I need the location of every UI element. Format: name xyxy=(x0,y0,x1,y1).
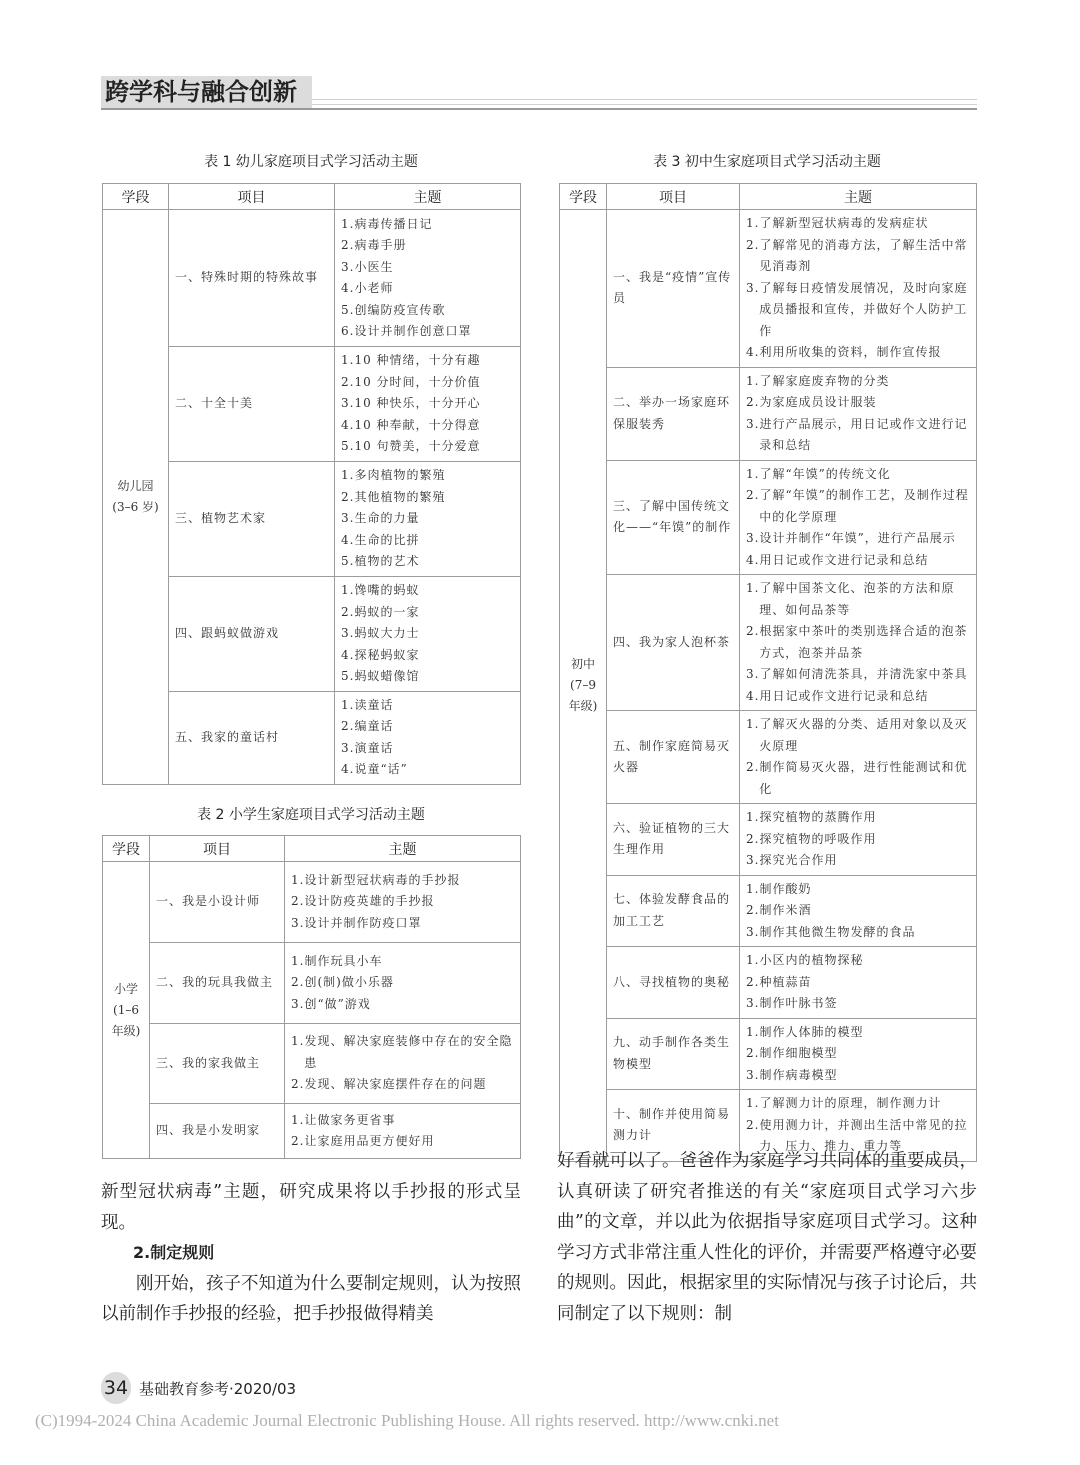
topic-item: 2.制作米酒 xyxy=(746,900,972,922)
stage-label: 小学 xyxy=(103,979,149,1000)
topic-cell: 1.小区内的植物探秘2.种植蒜苗3.制作叶脉书签 xyxy=(740,947,977,1019)
topic-item: 3.生命的力量 xyxy=(341,508,516,530)
topic-item: 1.发现、解决家庭装修中存在的安全隐患 xyxy=(291,1031,516,1074)
header-rule xyxy=(312,104,977,105)
topic-item: 3.创“做”游戏 xyxy=(291,994,516,1016)
topic-item: 5.创编防疫宣传歌 xyxy=(341,300,516,322)
table-row: 六、验证植物的三大生理作用1.探究植物的蒸腾作用2.探究植物的呼吸作用3.探究光… xyxy=(560,804,977,876)
table-header-row: 学段 项目 主题 xyxy=(103,184,521,210)
topic-item: 1.了解测力计的原理，制作测力计 xyxy=(746,1093,972,1115)
topic-cell: 1.10 种情绪，十分有趣2.10 分时间，十分价值3.10 种快乐，十分开心4… xyxy=(335,347,521,462)
topic-cell: 1.制作人体肺的模型2.制作细胞模型3.制作病毒模型 xyxy=(740,1018,977,1090)
table1-caption: 表 1 幼儿家庭项目式学习活动主题 xyxy=(101,151,521,171)
topic-item: 3.设计并制作防疫口罩 xyxy=(291,913,516,935)
stage-cell: 小学(1–6年级) xyxy=(103,862,150,1159)
topic-cell: 1.设计新型冠状病毒的手抄报2.设计防疫英雄的手抄报3.设计并制作防疫口罩 xyxy=(285,862,521,943)
stage-cell: 初中(7–9年级) xyxy=(560,210,607,1162)
topic-cell: 1.了解“年馍”的传统文化2.了解“年馍”的制作工艺，及制作过程中的化学原理3.… xyxy=(740,460,977,575)
topic-item: 3.探究光合作用 xyxy=(746,850,972,872)
topic-item: 5.10 句赞美，十分爱意 xyxy=(341,436,516,458)
table-header-row: 学段 项目 主题 xyxy=(103,836,521,862)
topic-item: 2.10 分时间，十分价值 xyxy=(341,372,516,394)
topic-item: 2.让家庭用品更方便好用 xyxy=(291,1131,516,1153)
stage-label: 年级) xyxy=(560,696,606,717)
column-header-topic: 主题 xyxy=(285,836,521,862)
topic-item: 3.制作叶脉书签 xyxy=(746,993,972,1015)
topic-item: 4.说童“话” xyxy=(341,759,516,781)
column-header-stage: 学段 xyxy=(103,836,150,862)
copyright-notice: (C)1994-2024 China Academic Journal Elec… xyxy=(35,1411,779,1431)
topic-item: 2.其他植物的繁殖 xyxy=(341,487,516,509)
project-cell: 六、验证植物的三大生理作用 xyxy=(607,804,740,876)
table3-caption: 表 3 初中生家庭项目式学习活动主题 xyxy=(557,151,977,171)
right-column-text: 好看就可以了。爸爸作为家庭学习共同体的重要成员，认真研读了研究者推送的有关“家庭… xyxy=(557,1146,977,1329)
table-row: 八、寻找植物的奥秘1.小区内的植物探秘2.种植蒜苗3.制作叶脉书签 xyxy=(560,947,977,1019)
topic-item: 5.植物的艺术 xyxy=(341,551,516,573)
topic-cell: 1.制作酸奶2.制作米酒3.制作其他微生物发酵的食品 xyxy=(740,875,977,947)
subheading: 2.制定规则 xyxy=(101,1238,521,1269)
project-cell: 五、制作家庭简易灭火器 xyxy=(607,711,740,804)
topic-item: 2.创(制)做小乐器 xyxy=(291,972,516,994)
topic-item: 5.蚂蚁蜡像馆 xyxy=(341,666,516,688)
topic-item: 3.设计并制作“年馍”，进行产品展示 xyxy=(746,528,972,550)
topic-cell: 1.了解家庭废弃物的分类2.为家庭成员设计服装3.进行产品展示，用日记或作文进行… xyxy=(740,367,977,460)
table-row: 五、制作家庭简易灭火器1.了解灭火器的分类、适用对象以及灭火原理2.制作简易灭火… xyxy=(560,711,977,804)
topic-item: 3.了解每日疫情发展情况，及时向家庭成员播报和宣传，并做好个人防护工作 xyxy=(746,278,972,343)
column-header-project: 项目 xyxy=(607,184,740,210)
topic-item: 4.用日记或作文进行记录和总结 xyxy=(746,686,972,708)
topic-item: 3.小医生 xyxy=(341,257,516,279)
stage-cell: 幼儿园(3–6 岁) xyxy=(103,210,169,785)
topic-cell: 1.探究植物的蒸腾作用2.探究植物的呼吸作用3.探究光合作用 xyxy=(740,804,977,876)
table-row: 二、我的玩具我做主1.制作玩具小车2.创(制)做小乐器3.创“做”游戏 xyxy=(103,943,521,1024)
project-cell: 四、我是小发明家 xyxy=(150,1104,285,1159)
stage-label: (7–9 xyxy=(560,675,606,696)
left-column-text: 新型冠状病毒”主题，研究成果将以手抄报的形式呈现。 2.制定规则 刚开始，孩子不… xyxy=(101,1177,521,1330)
stage-label: 幼儿园 xyxy=(103,476,168,497)
topic-cell: 1.发现、解决家庭装修中存在的安全隐患2.发现、解决家庭摆件存在的问题 xyxy=(285,1024,521,1104)
topic-item: 2.为家庭成员设计服装 xyxy=(746,392,972,414)
topic-item: 1.制作人体肺的模型 xyxy=(746,1022,972,1044)
section-tag: 跨学科与融合创新 xyxy=(101,76,312,109)
topic-item: 2.制作细胞模型 xyxy=(746,1043,972,1065)
project-cell: 四、我为家人泡杯茶 xyxy=(607,575,740,711)
topic-item: 4.探秘蚂蚁家 xyxy=(341,645,516,667)
topic-item: 1.制作玩具小车 xyxy=(291,951,516,973)
column-header-stage: 学段 xyxy=(560,184,607,210)
table3: 学段 项目 主题 初中(7–9年级)一、我是“疫情”宣传员1.了解新型冠状病毒的… xyxy=(559,183,977,1162)
project-cell: 三、我的家我做主 xyxy=(150,1024,285,1104)
topic-item: 1.让做家务更省事 xyxy=(291,1110,516,1132)
topic-item: 2.编童话 xyxy=(341,716,516,738)
topic-item: 2.发现、解决家庭摆件存在的问题 xyxy=(291,1074,516,1096)
column-header-project: 项目 xyxy=(150,836,285,862)
body-paragraph: 新型冠状病毒”主题，研究成果将以手抄报的形式呈现。 xyxy=(101,1177,521,1238)
topic-item: 4.利用所收集的资料，制作宣传报 xyxy=(746,342,972,364)
topic-cell: 1.制作玩具小车2.创(制)做小乐器3.创“做”游戏 xyxy=(285,943,521,1024)
topic-cell: 1.读童话2.编童话3.演童话4.说童“话” xyxy=(335,691,521,784)
project-cell: 一、我是小设计师 xyxy=(150,862,285,943)
topic-item: 1.了解家庭废弃物的分类 xyxy=(746,371,972,393)
topic-cell: 1.病毒传播日记2.病毒手册3.小医生4.小老师5.创编防疫宣传歌6.设计并制作… xyxy=(335,210,521,347)
topic-cell: 1.馋嘴的蚂蚁2.蚂蚁的一家3.蚂蚁大力士4.探秘蚂蚁家5.蚂蚁蜡像馆 xyxy=(335,577,521,692)
header-rule xyxy=(101,108,977,110)
header-rule xyxy=(312,99,977,100)
table-row: 七、体验发酵食品的加工工艺1.制作酸奶2.制作米酒3.制作其他微生物发酵的食品 xyxy=(560,875,977,947)
topic-item: 1.读童话 xyxy=(341,695,516,717)
table-row: 九、动手制作各类生物模型1.制作人体肺的模型2.制作细胞模型3.制作病毒模型 xyxy=(560,1018,977,1090)
topic-cell: 1.多肉植物的繁殖2.其他植物的繁殖3.生命的力量4.生命的比拼5.植物的艺术 xyxy=(335,462,521,577)
column-header-topic: 主题 xyxy=(335,184,521,210)
topic-item: 1.馋嘴的蚂蚁 xyxy=(341,580,516,602)
project-cell: 二、举办一场家庭环保服装秀 xyxy=(607,367,740,460)
topic-item: 1.了解“年馍”的传统文化 xyxy=(746,464,972,486)
project-cell: 一、我是“疫情”宣传员 xyxy=(607,210,740,368)
stage-label: (1–6 xyxy=(103,1000,149,1021)
table-row: 三、我的家我做主1.发现、解决家庭装修中存在的安全隐患2.发现、解决家庭摆件存在… xyxy=(103,1024,521,1104)
topic-cell: 1.了解灭火器的分类、适用对象以及灭火原理2.制作简易灭火器，进行性能测试和优化 xyxy=(740,711,977,804)
project-cell: 一、特殊时期的特殊故事 xyxy=(169,210,335,347)
topic-item: 4.小老师 xyxy=(341,278,516,300)
project-cell: 三、了解中国传统文化——“年馍”的制作 xyxy=(607,460,740,575)
topic-item: 2.制作简易灭火器，进行性能测试和优化 xyxy=(746,757,972,800)
project-cell: 二、十全十美 xyxy=(169,347,335,462)
topic-item: 4.10 种奉献，十分得意 xyxy=(341,415,516,437)
topic-item: 2.了解常见的消毒方法，了解生活中常见消毒剂 xyxy=(746,235,972,278)
column-header-project: 项目 xyxy=(169,184,335,210)
column-header-stage: 学段 xyxy=(103,184,169,210)
topic-item: 1.制作酸奶 xyxy=(746,879,972,901)
project-cell: 七、体验发酵食品的加工工艺 xyxy=(607,875,740,947)
topic-item: 2.病毒手册 xyxy=(341,235,516,257)
topic-item: 2.蚂蚁的一家 xyxy=(341,602,516,624)
project-cell: 二、我的玩具我做主 xyxy=(150,943,285,1024)
table-row: 四、我是小发明家1.让做家务更省事2.让家庭用品更方便好用 xyxy=(103,1104,521,1159)
journal-info: 基础教育参考·2020/03 xyxy=(139,1378,296,1399)
topic-item: 3.了解如何清洗茶具，并清洗家中茶具 xyxy=(746,664,972,686)
topic-item: 3.蚂蚁大力士 xyxy=(341,623,516,645)
topic-item: 2.种植蒜苗 xyxy=(746,972,972,994)
topic-item: 3.演童话 xyxy=(341,738,516,760)
page-footer: 34 基础教育参考·2020/03 xyxy=(101,1372,296,1404)
project-cell: 四、跟蚂蚁做游戏 xyxy=(169,577,335,692)
topic-item: 2.了解“年馍”的制作工艺，及制作过程中的化学原理 xyxy=(746,485,972,528)
topic-cell: 1.让做家务更省事2.让家庭用品更方便好用 xyxy=(285,1104,521,1159)
topic-item: 1.10 种情绪，十分有趣 xyxy=(341,350,516,372)
section-header: 跨学科与融合创新 xyxy=(101,76,977,110)
topic-item: 1.了解新型冠状病毒的发病症状 xyxy=(746,213,972,235)
project-cell: 五、我家的童话村 xyxy=(169,691,335,784)
topic-item: 4.用日记或作文进行记录和总结 xyxy=(746,550,972,572)
topic-item: 1.病毒传播日记 xyxy=(341,214,516,236)
project-cell: 八、寻找植物的奥秘 xyxy=(607,947,740,1019)
body-paragraph: 刚开始，孩子不知道为什么要制定规则，认为按照以前制作手抄报的经验，把手抄报做得精… xyxy=(101,1269,521,1330)
page-number: 34 xyxy=(101,1372,131,1404)
body-paragraph: 好看就可以了。爸爸作为家庭学习共同体的重要成员，认真研读了研究者推送的有关“家庭… xyxy=(557,1146,977,1329)
column-header-topic: 主题 xyxy=(740,184,977,210)
topic-item: 1.小区内的植物探秘 xyxy=(746,950,972,972)
table-row: 三、了解中国传统文化——“年馍”的制作1.了解“年馍”的传统文化2.了解“年馍”… xyxy=(560,460,977,575)
table-row: 幼儿园(3–6 岁)一、特殊时期的特殊故事1.病毒传播日记2.病毒手册3.小医生… xyxy=(103,210,521,347)
topic-item: 1.设计新型冠状病毒的手抄报 xyxy=(291,870,516,892)
topic-item: 2.探究植物的呼吸作用 xyxy=(746,829,972,851)
topic-item: 1.了解灭火器的分类、适用对象以及灭火原理 xyxy=(746,714,972,757)
table-row: 四、我为家人泡杯茶1.了解中国茶文化、泡茶的方法和原理、如何品茶等2.根据家中茶… xyxy=(560,575,977,711)
table-row: 二、举办一场家庭环保服装秀1.了解家庭废弃物的分类2.为家庭成员设计服装3.进行… xyxy=(560,367,977,460)
topic-item: 3.10 种快乐，十分开心 xyxy=(341,393,516,415)
table-header-row: 学段 项目 主题 xyxy=(560,184,977,210)
topic-item: 6.设计并制作创意口罩 xyxy=(341,321,516,343)
table-row: 初中(7–9年级)一、我是“疫情”宣传员1.了解新型冠状病毒的发病症状2.了解常… xyxy=(560,210,977,368)
table2: 学段 项目 主题 小学(1–6年级)一、我是小设计师1.设计新型冠状病毒的手抄报… xyxy=(102,835,521,1159)
topic-item: 3.制作病毒模型 xyxy=(746,1065,972,1087)
topic-item: 2.设计防疫英雄的手抄报 xyxy=(291,891,516,913)
table1: 学段 项目 主题 幼儿园(3–6 岁)一、特殊时期的特殊故事1.病毒传播日记2.… xyxy=(102,183,521,785)
topic-cell: 1.了解新型冠状病毒的发病症状2.了解常见的消毒方法，了解生活中常见消毒剂3.了… xyxy=(740,210,977,368)
topic-cell: 1.了解中国茶文化、泡茶的方法和原理、如何品茶等2.根据家中茶叶的类别选择合适的… xyxy=(740,575,977,711)
topic-item: 2.根据家中茶叶的类别选择合适的泡茶方式，泡茶并品茶 xyxy=(746,621,972,664)
topic-item: 1.了解中国茶文化、泡茶的方法和原理、如何品茶等 xyxy=(746,578,972,621)
stage-label: 初中 xyxy=(560,654,606,675)
project-cell: 三、植物艺术家 xyxy=(169,462,335,577)
topic-item: 1.多肉植物的繁殖 xyxy=(341,465,516,487)
table2-caption: 表 2 小学生家庭项目式学习活动主题 xyxy=(101,804,521,824)
stage-label: 年级) xyxy=(103,1021,149,1042)
stage-label: (3–6 岁) xyxy=(103,497,168,518)
table-row: 小学(1–6年级)一、我是小设计师1.设计新型冠状病毒的手抄报2.设计防疫英雄的… xyxy=(103,862,521,943)
project-cell: 九、动手制作各类生物模型 xyxy=(607,1018,740,1090)
topic-item: 3.进行产品展示，用日记或作文进行记录和总结 xyxy=(746,414,972,457)
topic-item: 4.生命的比拼 xyxy=(341,530,516,552)
topic-item: 3.制作其他微生物发酵的食品 xyxy=(746,922,972,944)
topic-item: 1.探究植物的蒸腾作用 xyxy=(746,807,972,829)
